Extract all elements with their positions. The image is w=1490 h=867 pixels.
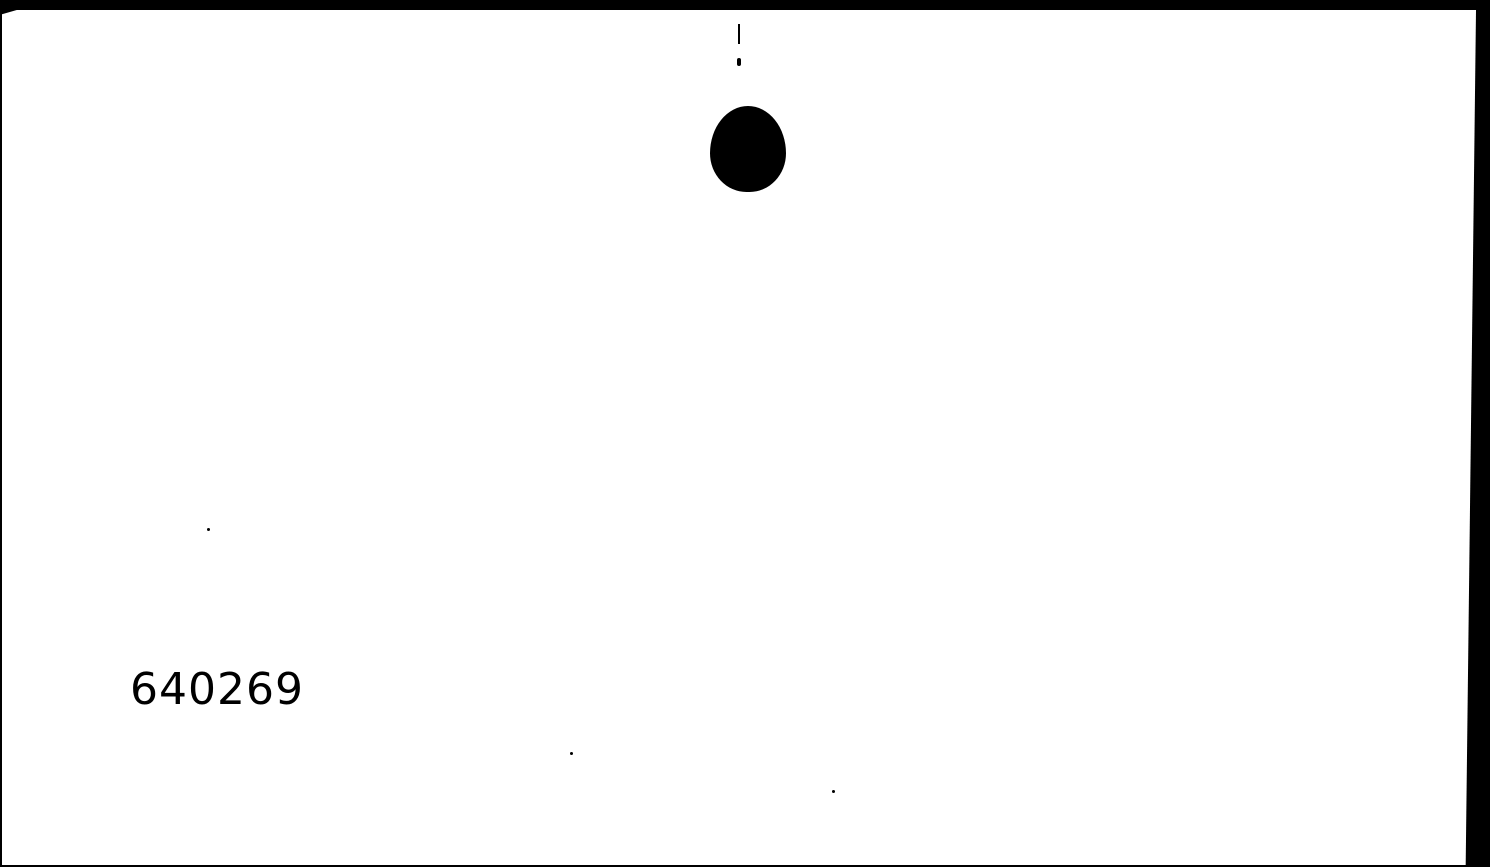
speck: [207, 528, 210, 531]
catalog-number: 640269: [130, 664, 304, 715]
speck: [570, 752, 573, 755]
speck: [832, 790, 835, 793]
top-dot: [737, 58, 741, 66]
top-mark: [738, 24, 740, 44]
scanned-card: 640269: [2, 10, 1476, 865]
punch-hole: [710, 106, 786, 192]
